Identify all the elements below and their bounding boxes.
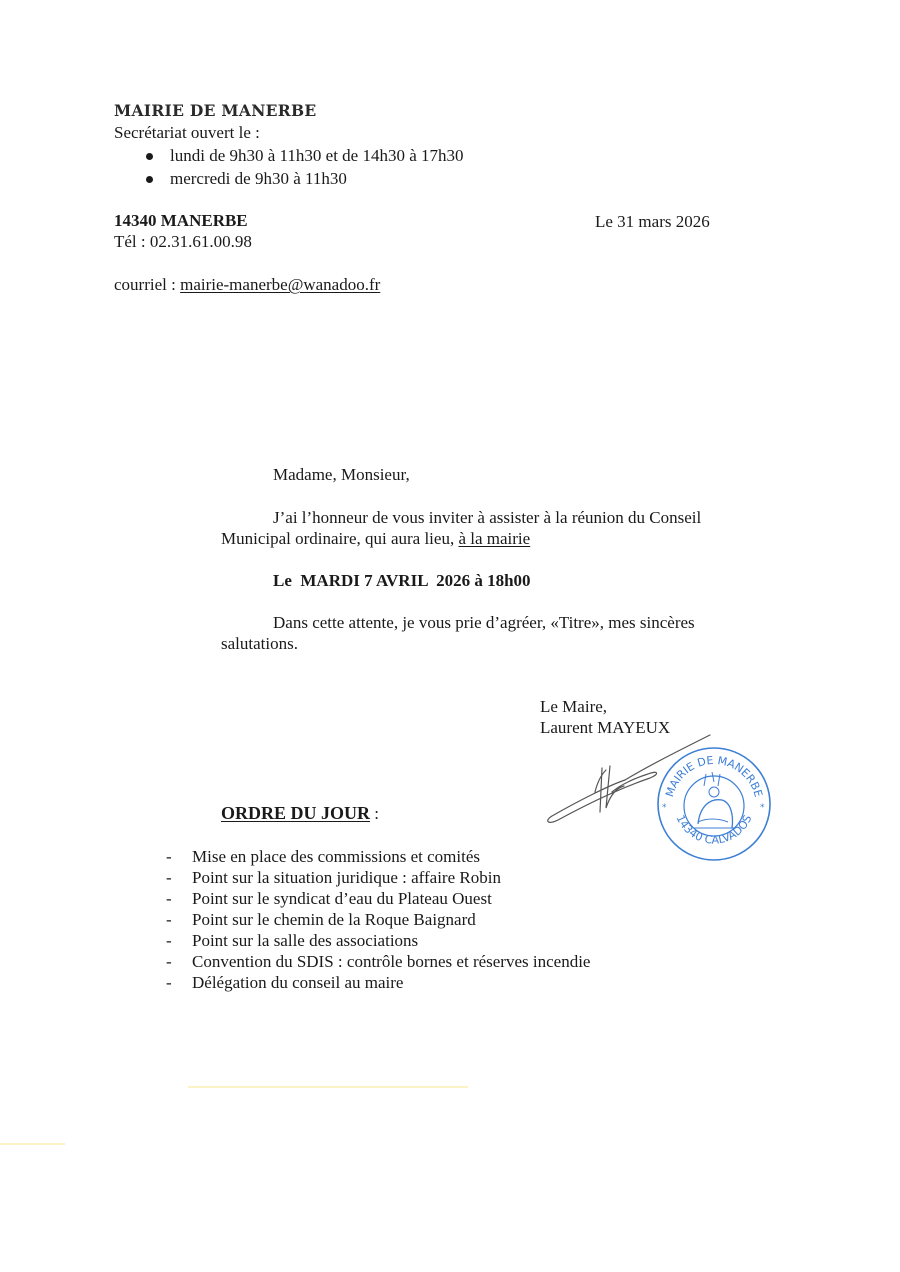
email-link[interactable]: mairie-manerbe@wanadoo.fr: [180, 275, 380, 294]
email-line: courriel : mairie-manerbe@wanadoo.fr: [114, 274, 380, 295]
scan-artifact: [188, 1086, 468, 1088]
agenda-item-text: Mise en place des commissions et comités: [192, 846, 480, 867]
email-label: courriel :: [114, 275, 180, 294]
phone: Tél : 02.31.61.00.98: [114, 231, 252, 252]
agenda-title: ORDRE DU JOUR: [221, 803, 370, 823]
agenda-title-suffix: :: [370, 804, 379, 823]
svg-text:*: *: [760, 803, 765, 813]
closing-line-1: Dans cette attente, je vous prie d’agrée…: [273, 612, 695, 633]
agenda-item-text: Point sur la salle des associations: [192, 930, 418, 951]
bullet-icon: [146, 153, 153, 160]
salutation: Madame, Monsieur,: [273, 464, 410, 485]
meeting-datetime: Le MARDI 7 AVRIL 2026 à 18h00: [273, 570, 531, 591]
invitation-line-1: J’ai l’honneur de vous inviter à assiste…: [273, 507, 701, 528]
dash-icon: -: [166, 867, 172, 888]
invitation-location: à la mairie: [458, 529, 530, 548]
hours-item: lundi de 9h30 à 11h30 et de 14h30 à 17h3…: [170, 145, 464, 166]
closing-line-2: salutations.: [221, 633, 298, 654]
agenda-heading: ORDRE DU JOUR :: [221, 803, 379, 824]
signatory-title: Le Maire,: [540, 696, 607, 717]
agenda-item-text: Point sur le chemin de la Roque Baignard: [192, 909, 476, 930]
org-name: MAIRIE DE MANERBE: [114, 100, 317, 121]
hours-item: mercredi de 9h30 à 11h30: [170, 168, 347, 189]
bullet-icon: [146, 176, 153, 183]
svg-text:*: *: [662, 803, 667, 813]
hours-intro: Secrétariat ouvert le :: [114, 122, 260, 143]
invitation-line-2: Municipal ordinaire, qui aura lieu, à la…: [221, 528, 530, 549]
agenda-item-text: Convention du SDIS : contrôle bornes et …: [192, 951, 590, 972]
scan-artifact: [0, 1143, 65, 1145]
municipal-stamp-icon: MAIRIE DE MANERBE 14340 CALVADOS * *: [654, 744, 774, 864]
dash-icon: -: [166, 846, 172, 867]
agenda-item-text: Point sur la situation juridique : affai…: [192, 867, 501, 888]
invitation-text: Municipal ordinaire, qui aura lieu,: [221, 529, 458, 548]
dash-icon: -: [166, 972, 172, 993]
svg-text:14340 CALVADOS: 14340 CALVADOS: [674, 813, 755, 847]
address: 14340 MANERBE: [114, 210, 248, 231]
letter-date: Le 31 mars 2026: [595, 211, 710, 232]
dash-icon: -: [166, 888, 172, 909]
dash-icon: -: [166, 909, 172, 930]
agenda-item-text: Point sur le syndicat d’eau du Plateau O…: [192, 888, 492, 909]
dash-icon: -: [166, 951, 172, 972]
dash-icon: -: [166, 930, 172, 951]
agenda-item-text: Délégation du conseil au maire: [192, 972, 403, 993]
